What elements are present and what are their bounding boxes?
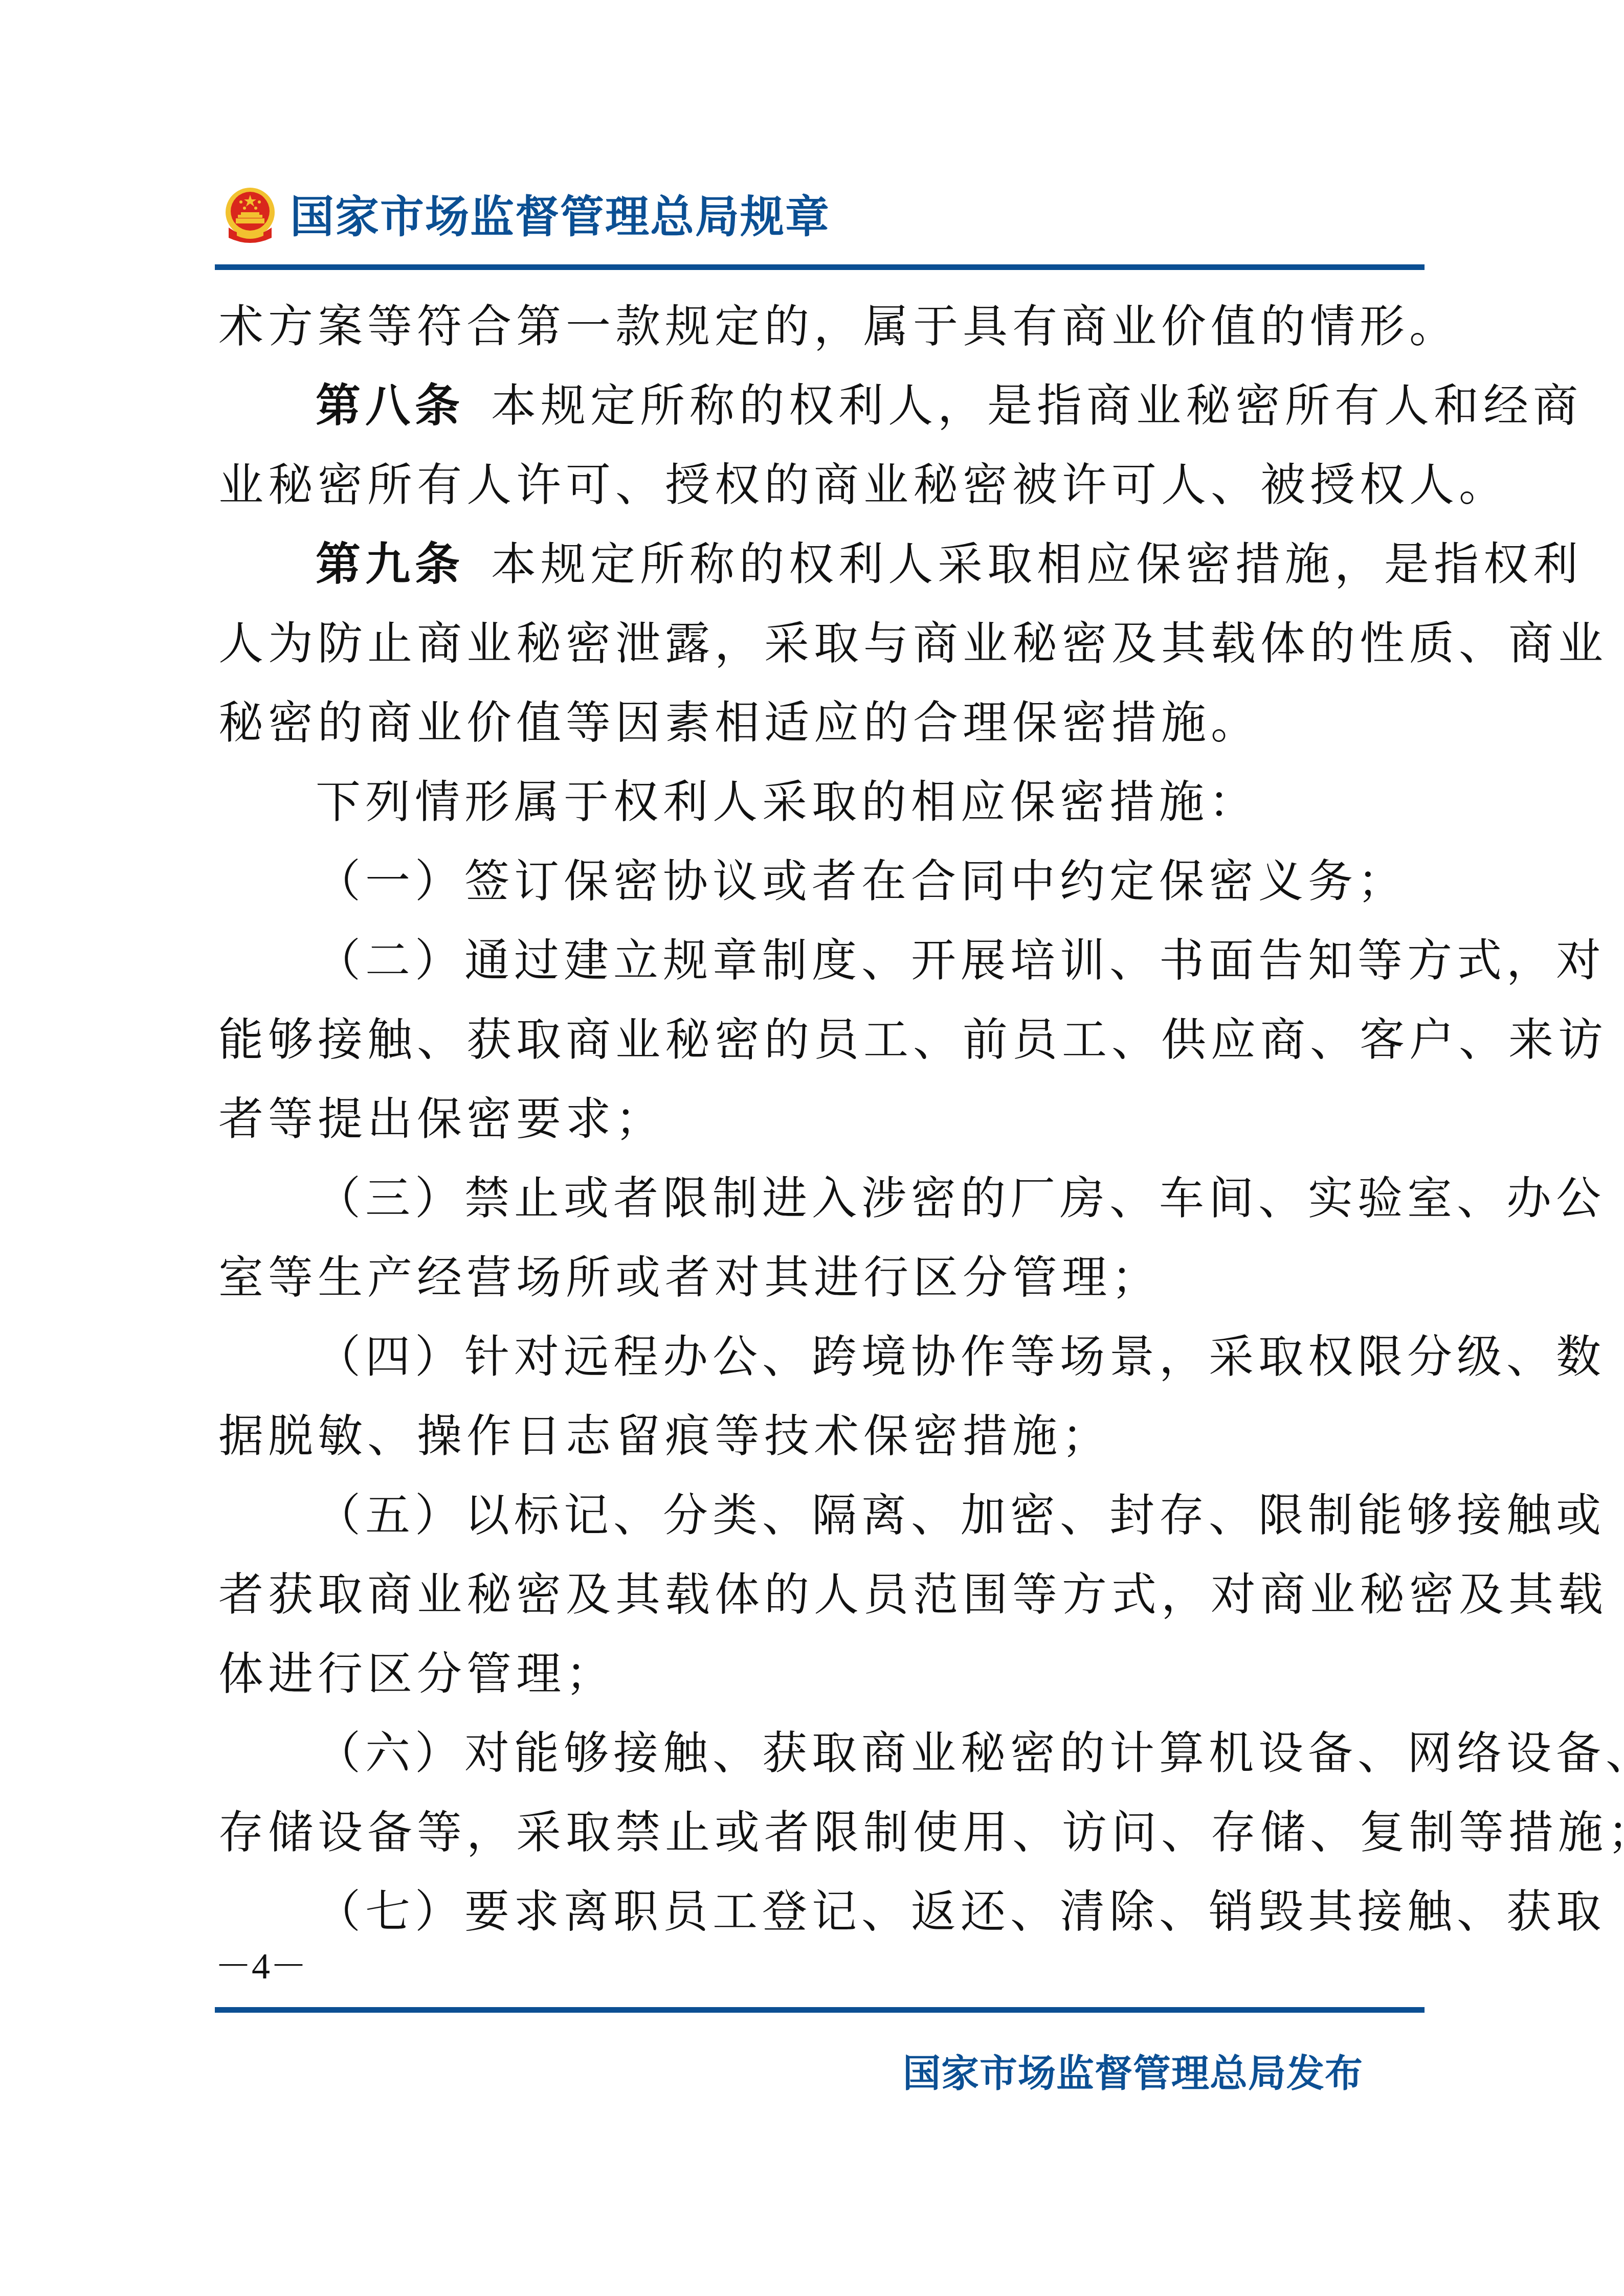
text-line: 存储设备等，采取禁止或者限制使用、访问、存储、复制等措施； (218, 1792, 1426, 1872)
text-line: 第九条本规定所称的权利人采取相应保密措施，是指权利 (218, 524, 1426, 603)
text-line: （六）对能够接触、获取商业秘密的计算机设备、网络设备、 (218, 1713, 1426, 1792)
line-text: 业秘密所有人许可、授权的商业秘密被许可人、被授权人。 (218, 458, 1508, 511)
text-line: （三）禁止或者限制进入涉密的厂房、车间、实验室、办公 (218, 1158, 1426, 1237)
text-line: （一）签订保密协议或者在合同中约定保密义务； (218, 841, 1426, 920)
text-line: 据脱敏、操作日志留痕等技术保密措施； (218, 1396, 1426, 1475)
text-line: （四）针对远程办公、跨境协作等场景，采取权限分级、数 (218, 1317, 1426, 1396)
line-text: 据脱敏、操作日志留痕等技术保密措施； (218, 1409, 1111, 1462)
article-number: 第九条 (316, 537, 464, 590)
line-text: 室等生产经营场所或者对其进行区分管理； (218, 1251, 1161, 1303)
line-text: （五）以标记、分类、隔离、加密、封存、限制能够接触或 (316, 1489, 1606, 1541)
line-text: 术方案等符合第一款规定的，属于具有商业价值的情形。 (218, 300, 1459, 352)
text-line: 第八条本规定所称的权利人，是指商业秘密所有人和经商 (218, 366, 1426, 445)
line-text: 存储设备等，采取禁止或者限制使用、访问、存储、复制等措施； (218, 1806, 1624, 1858)
line-text: 秘密的商业价值等因素相适应的合理保密措施。 (218, 696, 1260, 749)
line-text: 者等提出保密要求； (218, 1092, 665, 1145)
line-text: （三）禁止或者限制进入涉密的厂房、车间、实验室、办公 (316, 1172, 1606, 1224)
text-line: 业秘密所有人许可、授权的商业秘密被许可人、被授权人。 (218, 445, 1426, 524)
text-line: 能够接触、获取商业秘密的员工、前员工、供应商、客户、来访 (218, 1000, 1426, 1079)
text-line: 者获取商业秘密及其载体的人员范围等方式，对商业秘密及其载 (218, 1555, 1426, 1634)
text-line: 秘密的商业价值等因素相适应的合理保密措施。 (218, 683, 1426, 762)
header-divider (215, 264, 1425, 270)
text-line: （七）要求离职员工登记、返还、清除、销毁其接触、获取 (218, 1872, 1426, 1951)
text-line: 人为防止商业秘密泄露，采取与商业秘密及其载体的性质、商业 (218, 603, 1426, 683)
line-text: 下列情形属于权利人采取的相应保密措施： (316, 775, 1258, 828)
footer-publisher: 国家市场监督管理总局发布 (903, 2051, 1363, 2097)
line-text: （七）要求离职员工登记、返还、清除、销毁其接触、获取 (316, 1885, 1606, 1938)
text-line: 者等提出保密要求； (218, 1079, 1426, 1158)
national-emblem-icon (221, 187, 279, 245)
line-text: 体进行区分管理； (218, 1647, 615, 1700)
footer-divider (215, 2007, 1425, 2013)
document-body: 术方案等符合第一款规定的，属于具有商业价值的情形。第八条本规定所称的权利人，是指… (218, 286, 1426, 1951)
line-text: （六）对能够接触、获取商业秘密的计算机设备、网络设备、 (316, 1726, 1624, 1779)
line-text: （一）签订保密协议或者在合同中约定保密义务； (316, 854, 1407, 907)
line-text: （四）针对远程办公、跨境协作等场景，采取权限分级、数 (316, 1330, 1606, 1383)
text-line: 下列情形属于权利人采取的相应保密措施： (218, 762, 1426, 841)
text-line: 术方案等符合第一款规定的，属于具有商业价值的情形。 (218, 286, 1426, 366)
line-text: 本规定所称的权利人，是指商业秘密所有人和经商 (491, 379, 1583, 432)
header-title: 国家市场监督管理总局规章 (290, 189, 830, 245)
line-text: 能够接触、获取商业秘密的员工、前员工、供应商、客户、来访 (218, 1013, 1608, 1066)
line-text: （二）通过建立规章制度、开展培训、书面告知等方式，对 (316, 934, 1606, 986)
text-line: （二）通过建立规章制度、开展培训、书面告知等方式，对 (218, 920, 1426, 1000)
text-line: 室等生产经营场所或者对其进行区分管理； (218, 1237, 1426, 1317)
line-text: 者获取商业秘密及其载体的人员范围等方式，对商业秘密及其载 (218, 1568, 1608, 1620)
document-header: 国家市场监督管理总局规章 (215, 184, 1425, 271)
text-line: （五）以标记、分类、隔离、加密、封存、限制能够接触或 (218, 1475, 1426, 1555)
text-line: 体进行区分管理； (218, 1634, 1426, 1713)
page-number: －4－ (215, 1943, 307, 1989)
article-number: 第八条 (316, 379, 464, 432)
line-text: 本规定所称的权利人采取相应保密措施，是指权利 (491, 537, 1583, 590)
line-text: 人为防止商业秘密泄露，采取与商业秘密及其载体的性质、商业 (218, 617, 1608, 669)
